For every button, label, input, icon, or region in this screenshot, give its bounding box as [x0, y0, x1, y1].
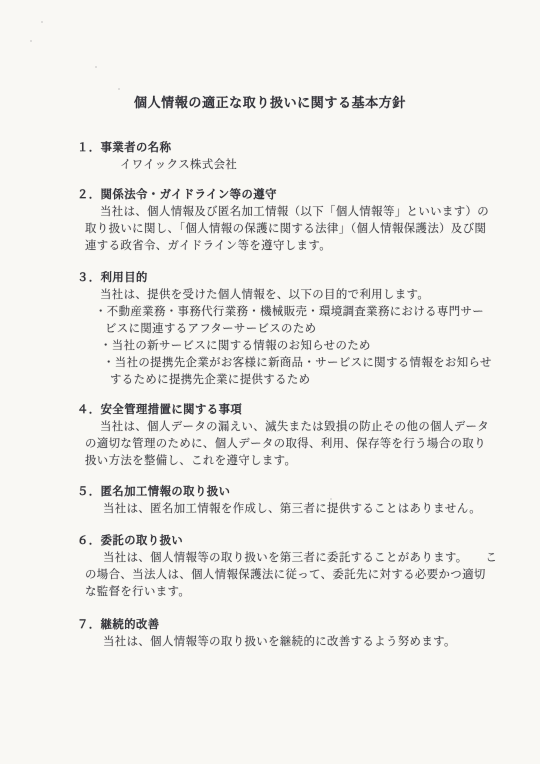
document-line: 取り扱いに関し、「個人情報の保護に関する法律」（個人情報保護法）及び関	[0, 221, 540, 238]
document-line: 当社は、匿名加工情報を作成し、第三者に提供することはありません。	[0, 501, 540, 518]
document-line: 当社は、個人情報及び匿名加工情報（以下「個人情報等」といいます）の	[0, 204, 540, 221]
section-7-continuous-improvement: ７．継続的改善 当社は、個人情報等の取り扱いを継続的に改善するよう努めます。	[0, 617, 540, 651]
section-heading: ２．関係法令・ガイドライン等の遵守	[0, 187, 540, 204]
scan-speck	[330, 498, 332, 500]
document-line: な監督を行います。	[0, 584, 540, 601]
document-line: ・不動産業務・事務代行業務・機械販売・環境調査業務における専門サー	[0, 304, 540, 321]
document-line: の場合、当法人は、個人情報保護法に従って、委託先に対する必要かつ適切	[0, 567, 540, 584]
document-line: するために提携先企業に提供するため	[0, 372, 540, 389]
section-heading: ５．匿名加工情報の取り扱い	[0, 484, 540, 501]
scan-speck	[41, 21, 43, 23]
section-heading: ７．継続的改善	[0, 617, 540, 634]
document-line: 当社は、提供を受けた個人情報を、以下の目的で利用します。	[0, 287, 540, 304]
document-line: ・当社の新サービスに関する情報のお知らせのため	[0, 338, 540, 355]
section-2-law-compliance: ２．関係法令・ガイドライン等の遵守 当社は、個人情報及び匿名加工情報（以下「個人…	[0, 187, 540, 255]
document-line: 当社は、個人データの漏えい、滅失または毀損の防止その他の個人データ	[0, 419, 540, 436]
section-heading: ４．安全管理措置に関する事項	[0, 402, 540, 419]
document-line: イワイックス株式会社	[0, 157, 540, 174]
section-heading: ３．利用目的	[0, 270, 540, 287]
section-5-anonymized-info: ５．匿名加工情報の取り扱い 当社は、匿名加工情報を作成し、第三者に提供することは…	[0, 484, 540, 518]
document-line: 当社は、個人情報等の取り扱いを第三者に委託することがあります。 こ	[0, 550, 540, 567]
section-4-security-measures: ４．安全管理措置に関する事項 当社は、個人データの漏えい、滅失または毀損の防止そ…	[0, 402, 540, 470]
scan-speck	[118, 88, 120, 90]
document-line: 当社は、個人情報等の取り扱いを継続的に改善するよう努めます。	[0, 634, 540, 651]
section-heading: ６．委託の取り扱い	[0, 533, 540, 550]
document-line: 扱い方法を整備し、これを遵守します。	[0, 453, 540, 470]
document-line: ビスに関連するアフターサービスのため	[0, 321, 540, 338]
document-line: ・当社の提携先企業がお客様に新商品・サービスに関する情報をお知らせ	[0, 355, 540, 372]
section-heading: １．事業者の名称	[0, 140, 540, 157]
section-6-outsourcing: ６．委託の取り扱い 当社は、個人情報等の取り扱いを第三者に委託することがあります…	[0, 533, 540, 601]
scan-speck	[30, 40, 32, 42]
section-1-business-name: １．事業者の名称 イワイックス株式会社	[0, 140, 540, 174]
document-line: の適切な管理のために、個人データの取得、利用、保存等を行う場合の取り	[0, 436, 540, 453]
scanned-document-page: 個人情報の適正な取り扱いに関する基本方針 １．事業者の名称 イワイックス株式会社…	[0, 0, 540, 764]
document-line: 連する政省令、ガイドライン等を遵守します。	[0, 238, 540, 255]
document-title: 個人情報の適正な取り扱いに関する基本方針	[0, 95, 540, 111]
section-3-purpose-of-use: ３．利用目的 当社は、提供を受けた個人情報を、以下の目的で利用します。 ・不動産…	[0, 270, 540, 389]
scan-speck	[95, 66, 97, 68]
